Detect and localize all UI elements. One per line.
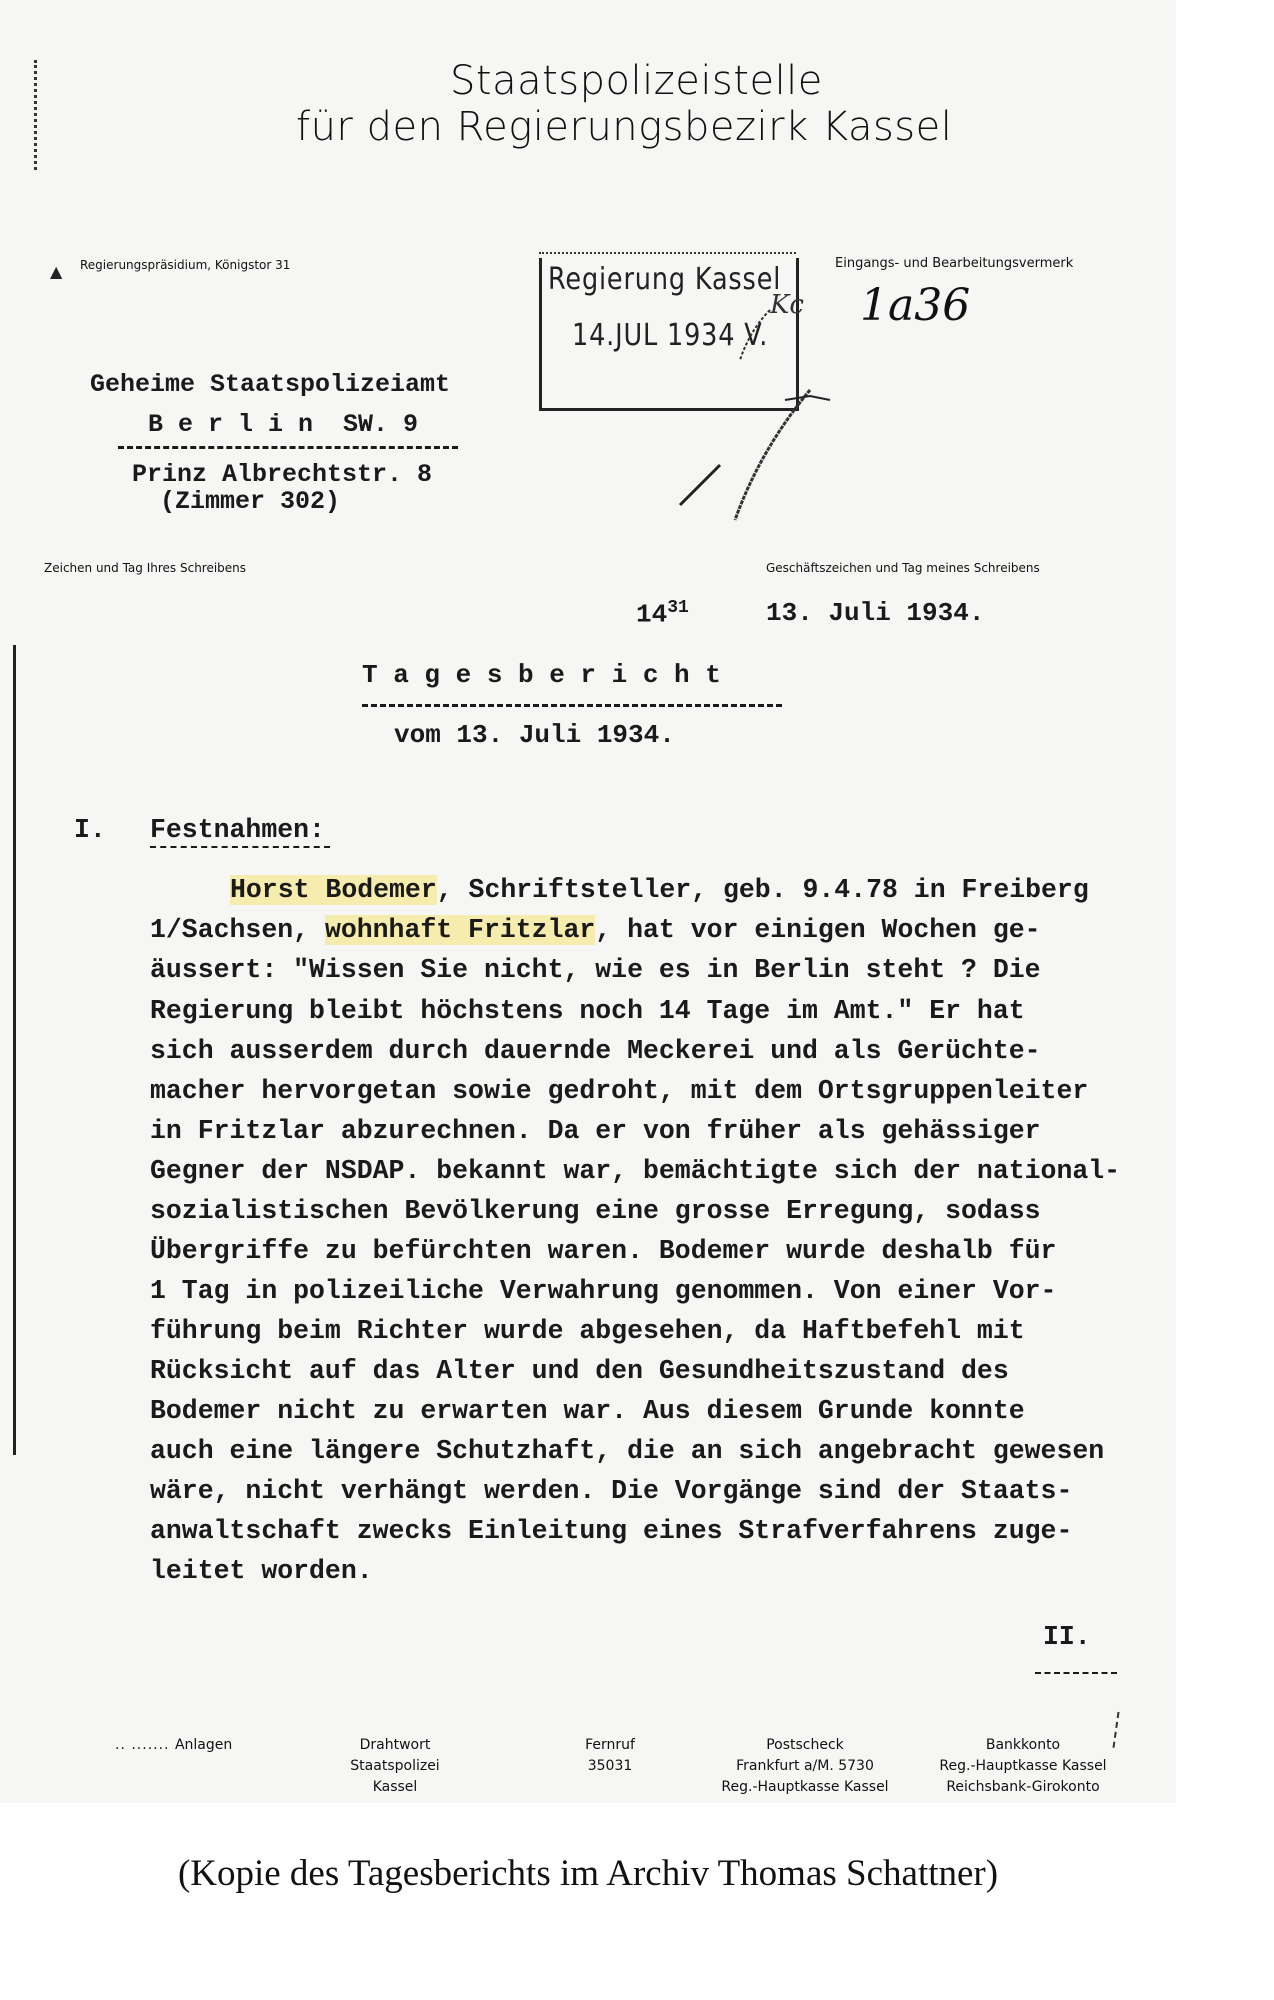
footer-postal: Postscheck Frankfurt a/M. 5730 Reg.-Haup… [700, 1735, 910, 1798]
recipient-divider [118, 446, 458, 449]
recipient-room: (Zimmer 302) [160, 487, 340, 516]
image-caption: (Kopie des Tagesberichts im Archiv Thoma… [0, 1852, 1176, 1895]
body-line: Regierung bleibt höchstens noch 14 Tage … [150, 996, 1025, 1026]
body-line: sozialistischen Bevölkerung eine grosse … [150, 1196, 1041, 1226]
section-title: Festnahmen: [150, 815, 325, 845]
highlighted-residence: wohnhaft Fritzlar [325, 915, 595, 945]
reference-number-sup: 31 [667, 598, 689, 618]
phone-label: Fernruf [560, 1735, 660, 1756]
your-reference-label: Zeichen und Tag Ihres Schreibens [44, 561, 246, 575]
recipient-city: B e r l i n SW. 9 [148, 410, 418, 439]
next-section-marker: II. [1043, 1622, 1091, 1652]
postal-holder: Reg.-Hauptkasse Kassel [700, 1777, 910, 1798]
handwritten-file-number: 1a36 [860, 280, 970, 331]
my-reference-label: Geschäftszeichen und Tag meines Schreibe… [766, 561, 1040, 575]
body-line: sich ausserdem durch dauernde Meckerei u… [150, 1036, 1041, 1066]
body-line: Horst Bodemer, Schriftsteller, geb. 9.4.… [230, 875, 1089, 905]
stamp-authority: Regierung Kassel [548, 262, 781, 297]
body-line: 1/Sachsen, wohnhaft Fritzlar, hat vor ei… [150, 915, 1041, 945]
margin-mark: ▲ [50, 262, 62, 281]
margin-line [13, 645, 16, 1455]
reference-number: 1431 [636, 598, 689, 630]
attachments-label: Anlagen [175, 1737, 232, 1753]
telegram-label: Drahtwort [320, 1735, 470, 1756]
body-line: auch eine längere Schutzhaft, die an sic… [150, 1436, 1104, 1466]
body-line: führung beim Richter wurde abgesehen, da… [150, 1316, 1025, 1346]
stamp-top-border [539, 252, 796, 254]
body-line: leitet worden. [150, 1556, 373, 1586]
telegram-value: Staatspolizei [320, 1756, 470, 1777]
footer-bank: Bankkonto Reg.-Hauptkasse Kassel Reichsb… [918, 1735, 1128, 1798]
postal-label: Postscheck [700, 1735, 910, 1756]
letter-date: 13. Juli 1934. [766, 598, 984, 628]
body-line: wäre, nicht verhängt werden. Die Vorgäng… [150, 1476, 1072, 1506]
section-title-underline [150, 846, 330, 848]
report-title: T a g e s b e r i c h t [362, 660, 721, 690]
body-line: macher hervorgetan sowie gedroht, mit de… [150, 1076, 1088, 1106]
body-line: Gegner der NSDAP. bekannt war, bemächtig… [150, 1156, 1120, 1186]
body-line: Übergriffe zu befürchten waren. Bodemer … [150, 1236, 1056, 1266]
reference-number-main: 14 [636, 600, 667, 630]
postal-account: Frankfurt a/M. 5730 [700, 1756, 910, 1777]
recipient-street: Prinz Albrechtstr. 8 [132, 460, 432, 489]
sender-address: Regierungspräsidium, Königstor 31 [80, 258, 290, 272]
body-line: anwaltschaft zwecks Einleitung eines Str… [150, 1516, 1072, 1546]
phone-value: 35031 [560, 1756, 660, 1777]
bank-holder: Reg.-Hauptkasse Kassel [918, 1756, 1128, 1777]
body-text: 1/Sachsen, [150, 915, 325, 945]
margin-mark [34, 60, 43, 170]
body-text: , hat vor einigen Wochen ge- [595, 915, 1040, 945]
body-line: 1 Tag in polizeiliche Verwahrung genomme… [150, 1276, 1056, 1306]
telegram-city: Kassel [320, 1777, 470, 1798]
next-section-underline [1035, 1672, 1117, 1674]
highlighted-name: Horst Bodemer [230, 875, 437, 905]
letterhead-title: Staatspolizeistelle [450, 58, 823, 104]
recipient-office: Geheime Staatspolizeiamt [90, 370, 450, 399]
bank-account: Reichsbank-Girokonto [918, 1777, 1128, 1798]
bank-label: Bankkonto [918, 1735, 1128, 1756]
body-line: Rücksicht auf das Alter und den Gesundhe… [150, 1356, 1009, 1386]
footer-attachments: .. ....... Anlagen [115, 1735, 232, 1756]
letterhead-subtitle: für den Regierungsbezirk Kassel [296, 104, 952, 150]
body-line: Bodemer nicht zu erwarten war. Aus diese… [150, 1396, 1025, 1426]
handwritten-strokes [660, 300, 860, 550]
section-numeral: I. [74, 815, 106, 845]
body-line: äussert: "Wissen Sie nicht, wie es in Be… [150, 955, 1041, 985]
body-text: , Schriftsteller, geb. 9.4.78 in Freiber… [437, 875, 1089, 905]
footer-telegram: Drahtwort Staatspolizei Kassel [320, 1735, 470, 1798]
document-scan: ▲ Staatspolizeistelle für den Regierungs… [0, 0, 1176, 1803]
receipt-label: Eingangs- und Bearbeitungsvermerk [835, 256, 1073, 271]
footer-phone: Fernruf 35031 [560, 1735, 660, 1777]
title-underline [362, 704, 782, 707]
body-line: in Fritzlar abzurechnen. Da er von frühe… [150, 1116, 1041, 1146]
report-date: vom 13. Juli 1934. [394, 720, 675, 750]
